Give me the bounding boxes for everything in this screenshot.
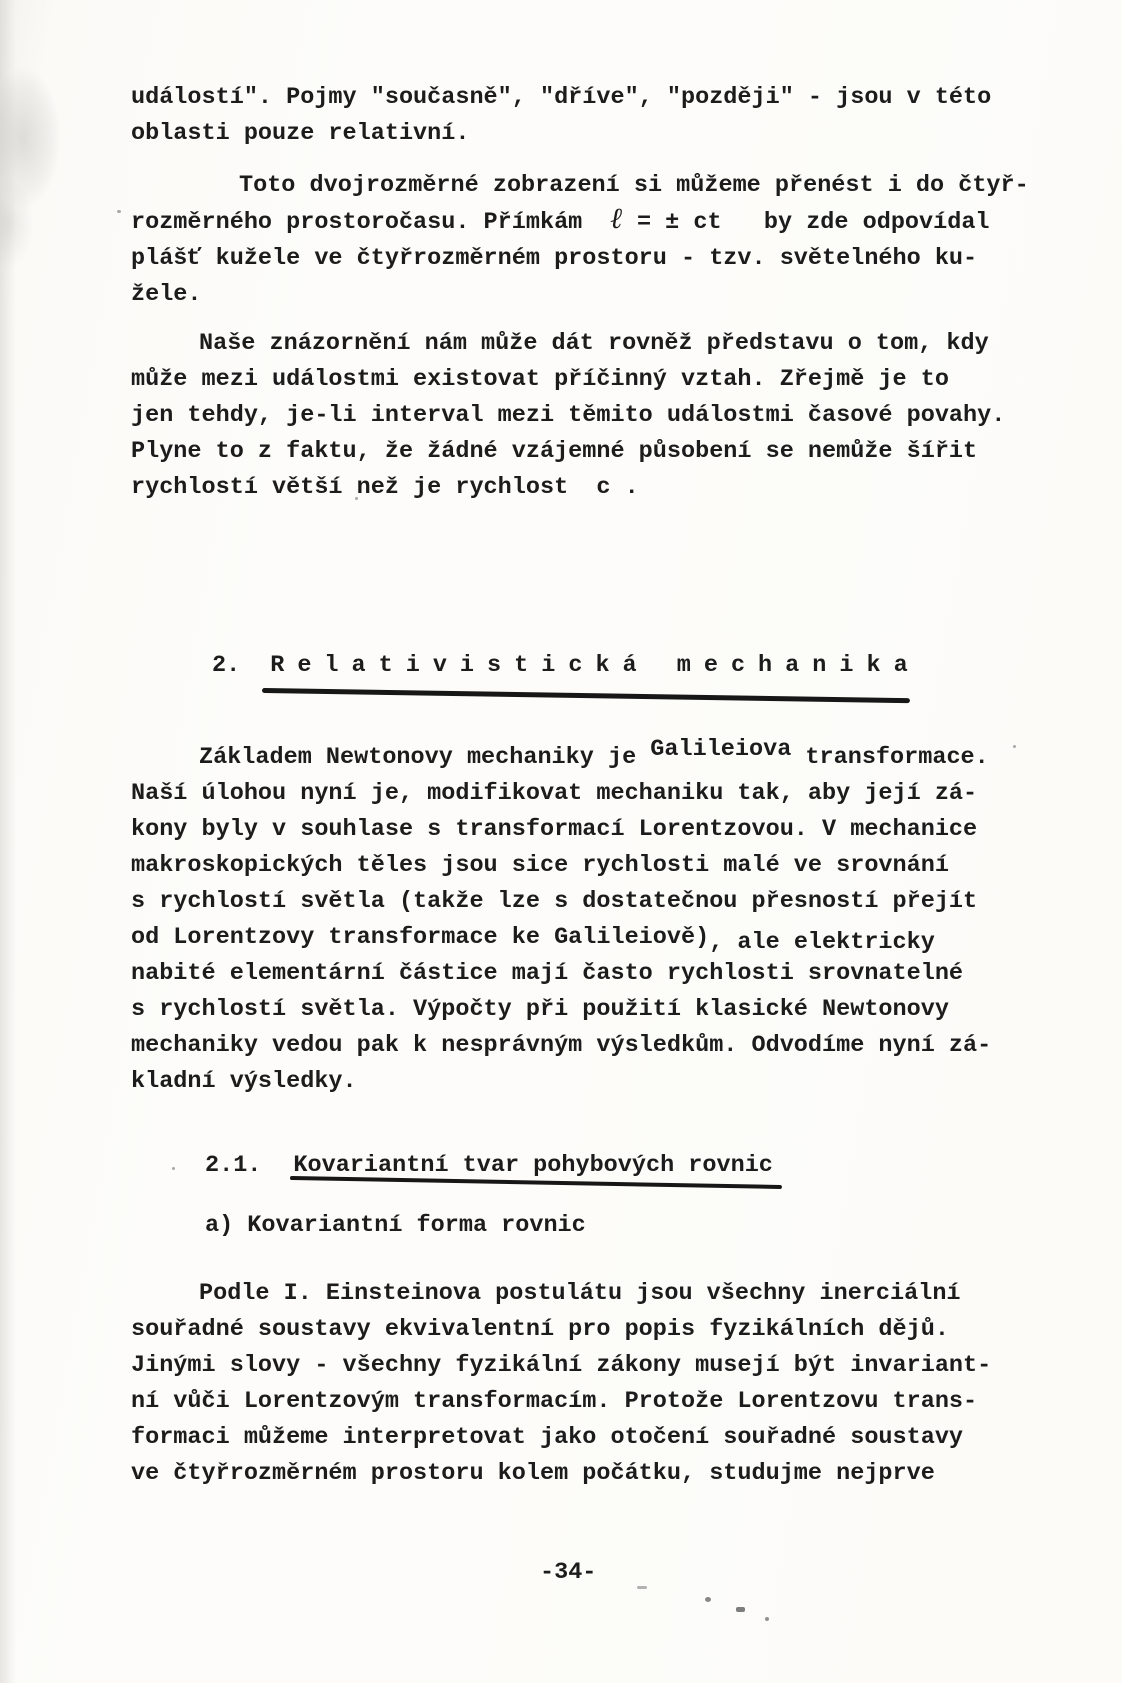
text-segment: Základem Newtonovy mechaniky je [199,744,650,771]
scan-speck [1013,745,1016,748]
page-number: -34- [540,1555,596,1591]
text-line: s rychlostí světla (takže lze s dostateč… [131,884,991,920]
text-segment: od Lorentzovy transformace ke Galileiově… [131,924,709,951]
scan-speck [705,1597,711,1602]
text-segment: rozměrného prostoročasu. Přímkám [131,209,610,236]
formula-segment: = ± ct [623,209,722,236]
text-line: Plyne to z faktu, že žádné vzájemné půso… [131,434,1005,470]
text-line: a) Kovariantní forma rovnic [205,1208,586,1244]
text-line: mechaniky vedou pak k nesprávným výsledk… [131,1028,991,1064]
text-line: Podle I. Einsteinova postulátu jsou všec… [131,1276,991,1312]
text-line: Jinými slovy - všechny fyzikální zákony … [131,1348,991,1384]
paragraph-5: Podle I. Einsteinova postulátu jsou všec… [131,1276,991,1492]
text-line: kladní výsledky. [131,1064,991,1100]
text-line: může mezi událostmi existovat příčinný v… [131,362,1005,398]
text-line-formula: rozměrného prostoročasu. Přímkám ℓ = ± c… [131,204,1029,241]
text-line: od Lorentzovy transformace ke Galileiově… [131,920,991,956]
text-line: Naše znázornění nám může dát rovněž před… [131,326,1005,362]
chapter-number: 2. [212,648,240,684]
text-line: oblasti pouze relativní. [131,116,991,152]
scan-speck [355,497,358,500]
scan-speck [117,210,121,213]
text-line: Toto dvojrozměrné zobrazení si můžeme př… [131,168,1029,204]
paragraph-4: Základem Newtonovy mechaniky je Galileio… [131,740,991,1100]
text-line: žele. [131,277,1029,313]
scan-speck [172,1167,175,1170]
text-line: s rychlostí světla. Výpočty při použití … [131,992,991,1028]
text-line: ní vůči Lorentzovým transformacím. Proto… [131,1384,991,1420]
text-line: Základem Newtonovy mechaniky je Galileio… [131,740,991,776]
text-segment: transformace. [791,744,988,771]
text-line: jen tehdy, je-li interval mezi těmito ud… [131,398,1005,434]
list-item-a: a) Kovariantní forma rovnic [205,1208,586,1244]
scan-speck [736,1607,745,1612]
chapter-heading: 2. Relativistická mechanika [212,648,921,684]
chapter-title: Relativistická mechanika [270,648,920,684]
text-line: ve čtyřrozměrném prostoru kolem počátku,… [131,1456,991,1492]
text-line: makroskopických těles jsou sice rychlost… [131,848,991,884]
text-line: Naší úlohou nyní je, modifikovat mechani… [131,776,991,812]
scan-edge-shade [0,0,16,1683]
text-line: nabité elementární částice mají často ry… [131,956,991,992]
text-line: formaci můžeme interpretovat jako otočen… [131,1420,991,1456]
text-segment: by zde odpovídal [722,209,990,236]
text-line: rychlostí větší než je rychlost c . [131,470,1005,506]
chapter-heading-underline [262,688,910,703]
text-segment-raised: Galileiova [650,736,791,763]
scanned-document-page: událostí". Pojmy "současně", "dříve", "p… [0,0,1122,1683]
paragraph-3: Naše znázornění nám může dát rovněž před… [131,326,1005,506]
scan-speck [765,1617,769,1621]
text-line: kony byly v souhlase s transformací Lore… [131,812,991,848]
script-ell-symbol: ℓ [610,201,622,235]
text-line: událostí". Pojmy "současně", "dříve", "p… [131,80,991,116]
text-line: plášť kužele ve čtyřrozměrném prostoru -… [131,241,1029,277]
section-number: 2.1. [205,1148,261,1184]
text-line: souřadné soustavy ekvivalentní pro popis… [131,1312,991,1348]
paragraph-1: událostí". Pojmy "současně", "dříve", "p… [131,80,991,152]
paragraph-2: Toto dvojrozměrné zobrazení si můžeme př… [131,168,1029,313]
text-segment-dropped: , ale elektricky [709,929,935,956]
scan-speck [637,1586,647,1589]
